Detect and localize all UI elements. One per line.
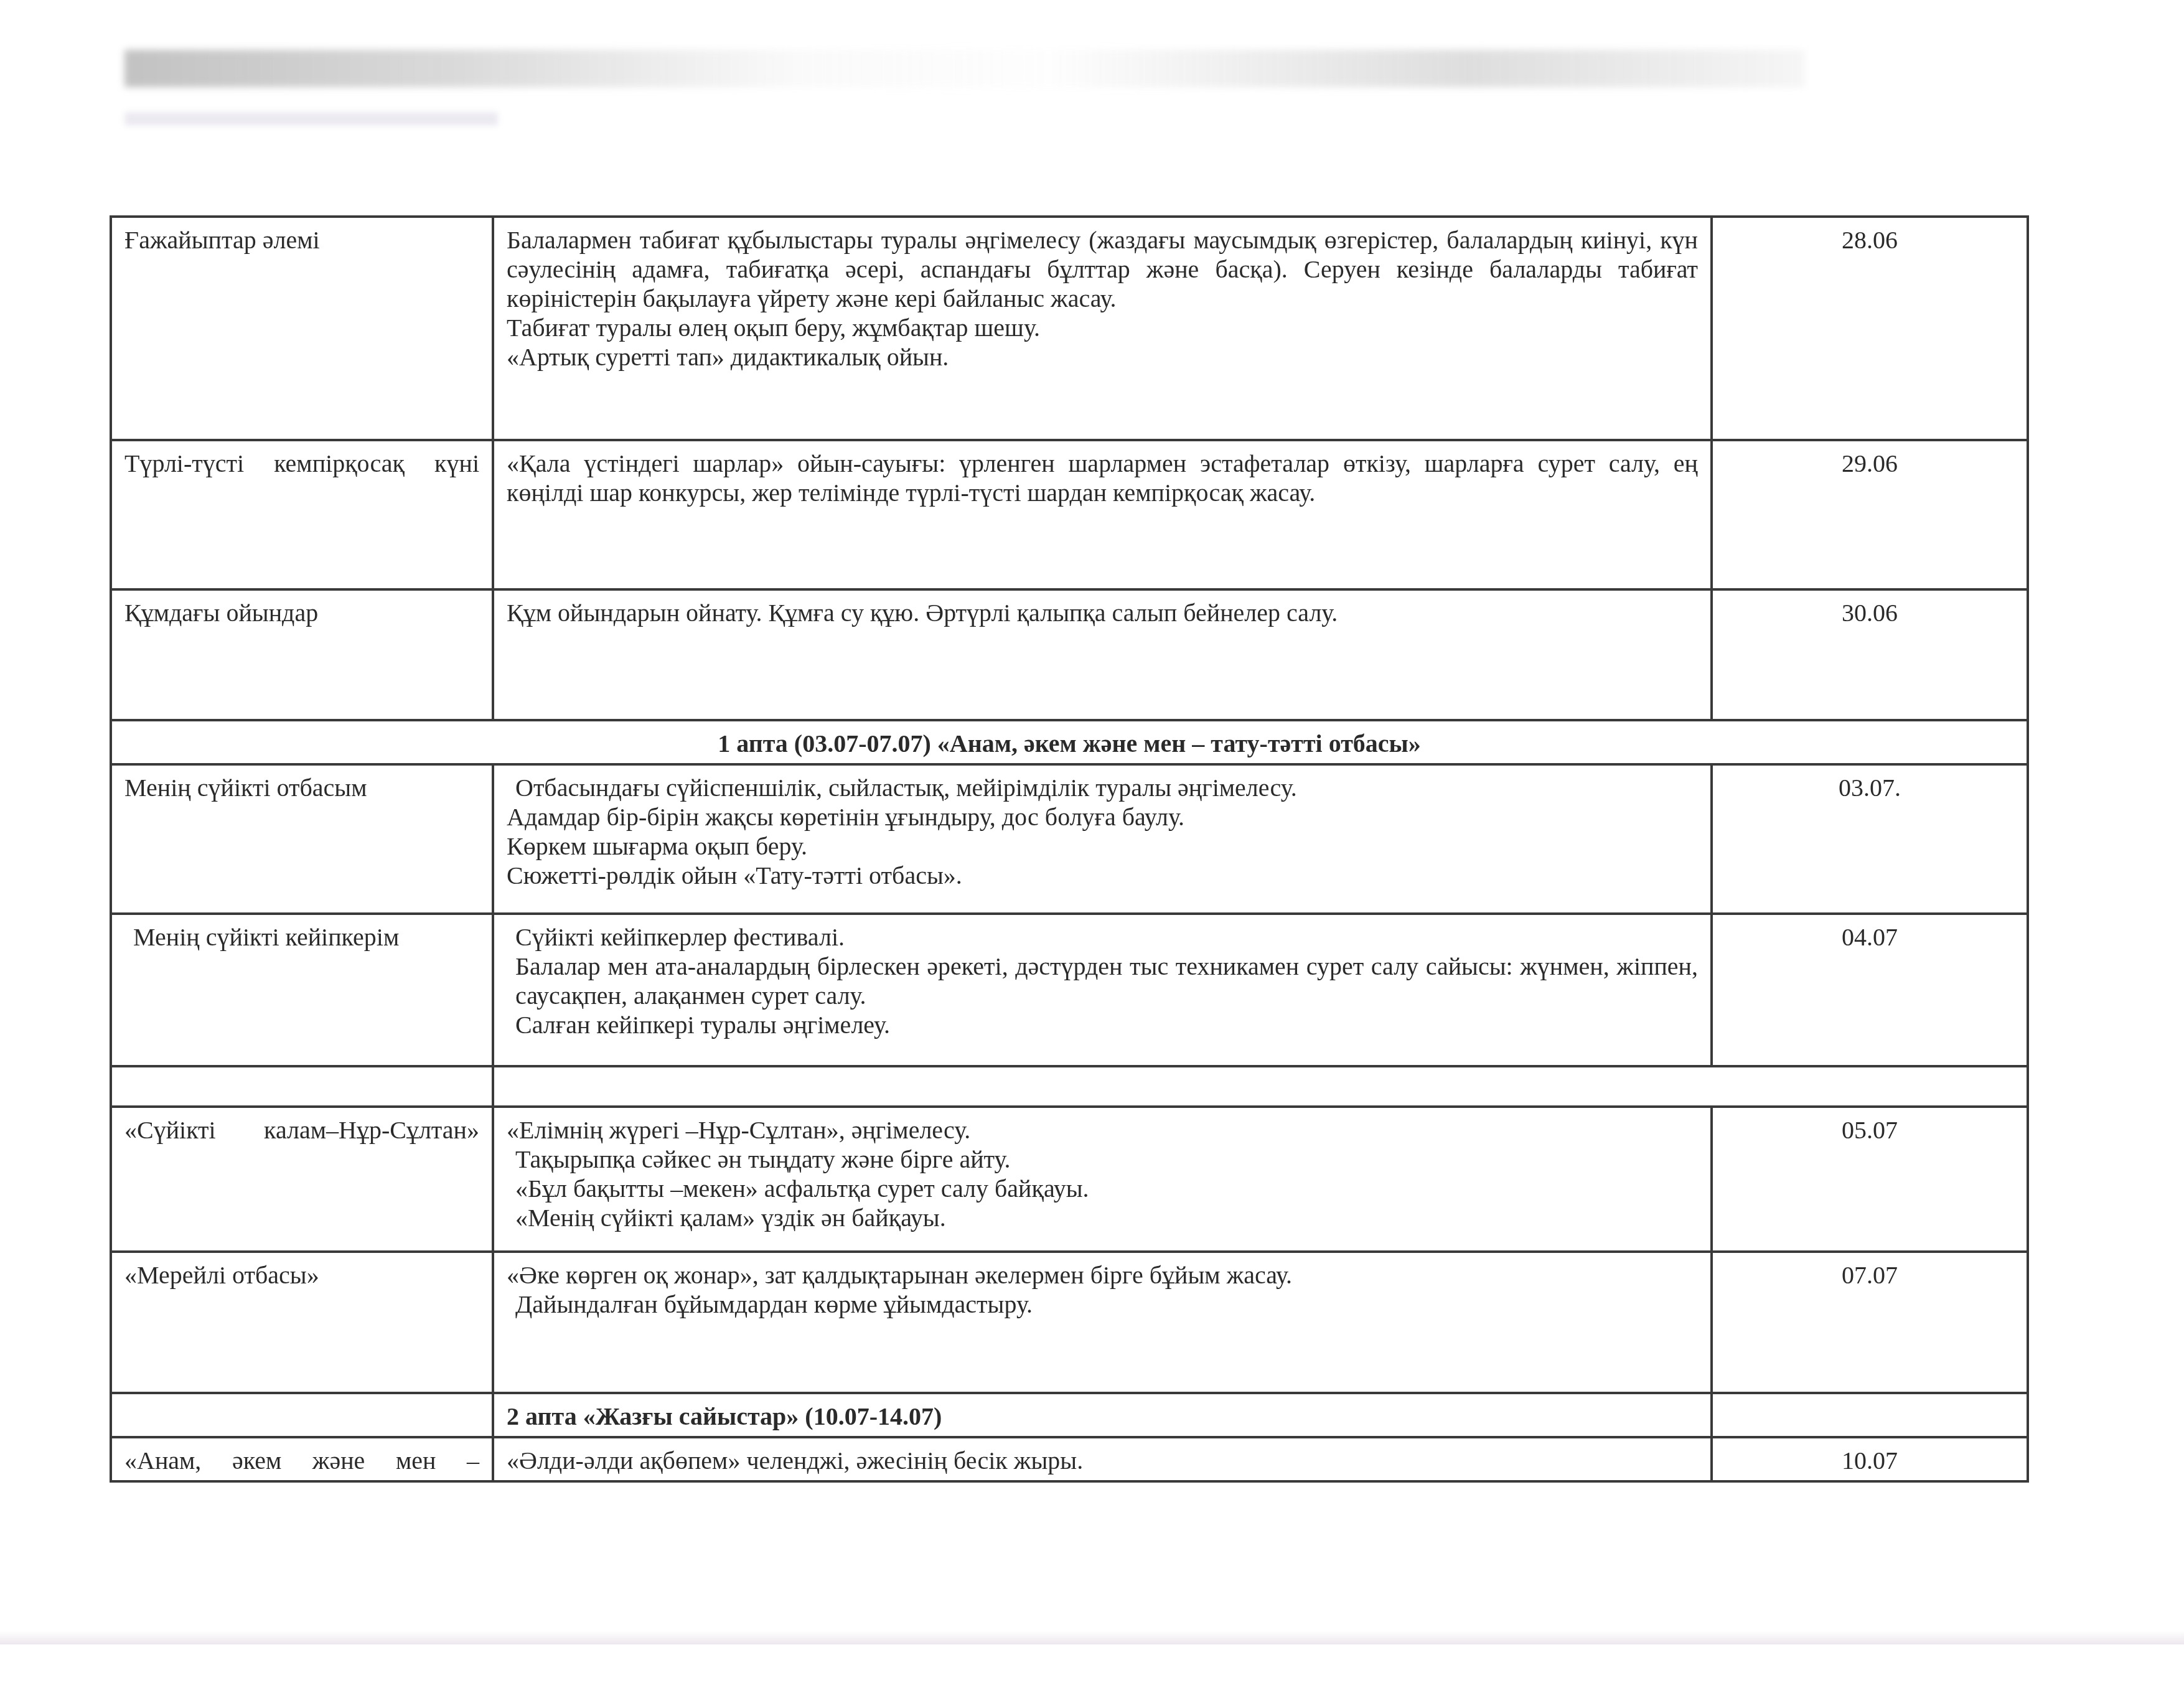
summer-activity-plan-table: Ғажайыптар әлемі Балалармен табиғат құбы… <box>110 215 2029 1483</box>
activity-cell: «Елімнің жүрегі –Нұр-Сұлтан», әңгімелесу… <box>493 1107 1712 1252</box>
week-header-row: 1 апта (03.07-07.07) «Анам, әкем және ме… <box>111 720 2028 764</box>
topic-cell: «Сүйікті калам–Нұр-Сұлтан» <box>111 1107 493 1252</box>
topic-cell: «Анам, әкем және мен – <box>111 1437 493 1481</box>
activity-line: Балалармен табиғат құбылыстары туралы әң… <box>507 225 1698 313</box>
table-row: Құмдағы ойындар Құм ойындарын ойнату. Құ… <box>111 589 2028 720</box>
week-header-row: 2 апта «Жазғы сайыстар» (10.07-14.07) <box>111 1393 2028 1437</box>
scan-artifact-header <box>124 50 1805 87</box>
activity-cell: Құм ойындарын ойнату. Құмға су құю. Әртү… <box>493 589 1712 720</box>
activity-line: Адамдар бір-бірін жақсы көретінін ұғынды… <box>507 802 1698 832</box>
activity-cell: «Әке көрген оқ жонар», зат қалдықтарынан… <box>493 1252 1712 1393</box>
topic-cell: Құмдағы ойындар <box>111 589 493 720</box>
activity-line: Табиғат туралы өлең оқып беру, жұмбақтар… <box>507 313 1698 342</box>
topic-cell: Түрлі-түсті кемпірқосақ күні <box>111 440 493 589</box>
activity-line: Сүйікті кейіпкерлер фестивалі. <box>507 922 1698 952</box>
activity-cell: Балалармен табиғат құбылыстары туралы әң… <box>493 217 1712 440</box>
activity-line: «Бұл бақытты –мекен» асфальтқа сурет сал… <box>507 1174 1698 1203</box>
activity-line: «Әлди-әлди ақбөпем» челенджі, әжесінің б… <box>507 1446 1698 1475</box>
table-row: Ғажайыптар әлемі Балалармен табиғат құбы… <box>111 217 2028 440</box>
table-row: «Мерейлі отбасы» «Әке көрген оқ жонар», … <box>111 1252 2028 1393</box>
date-cell: 10.07 <box>1712 1437 2028 1481</box>
activity-line: «Менің сүйікті қалам» үздік ән байқауы. <box>507 1203 1698 1232</box>
activity-cell: «Әлди-әлди ақбөпем» челенджі, әжесінің б… <box>493 1437 1712 1481</box>
activity-line: «Әке көрген оқ жонар», зат қалдықтарынан… <box>507 1260 1698 1290</box>
activity-line: Дайындалған бұйымдардан көрме ұйымдастыр… <box>507 1290 1698 1319</box>
activity-line: Салған кейіпкері туралы әңгімелеу. <box>507 1010 1698 1039</box>
week-2-title: 2 апта «Жазғы сайыстар» (10.07-14.07) <box>493 1393 1712 1437</box>
activity-line: «Артық суретті тап» дидактикалық ойын. <box>507 342 1698 372</box>
date-cell: 28.06 <box>1712 217 2028 440</box>
empty-cell <box>111 1393 493 1437</box>
empty-cell <box>111 1066 493 1107</box>
date-cell: 30.06 <box>1712 589 2028 720</box>
activity-line: Балалар мен ата-аналардың бірлескен әрек… <box>507 952 1698 1010</box>
date-cell: 05.07 <box>1712 1107 2028 1252</box>
activity-line: Тақырыпқа сәйкес ән тыңдату және бірге а… <box>507 1145 1698 1174</box>
week-1-title: 1 апта (03.07-07.07) «Анам, әкем және ме… <box>111 720 2028 764</box>
table-row: Түрлі-түсті кемпірқосақ күні «Қала үстін… <box>111 440 2028 589</box>
topic-cell: Ғажайыптар әлемі <box>111 217 493 440</box>
activity-cell: Отбасындағы сүйіспеншілік, сыйластық, ме… <box>493 764 1712 914</box>
activity-line: Сюжетті-рөлдік ойын «Тату-тәтті отбасы». <box>507 861 1698 890</box>
table-row: «Сүйікті калам–Нұр-Сұлтан» «Елімнің жүре… <box>111 1107 2028 1252</box>
table-row: Менің сүйікті отбасым Отбасындағы сүйісп… <box>111 764 2028 914</box>
date-cell: 03.07. <box>1712 764 2028 914</box>
activity-line: Құм ойындарын ойнату. Құмға су құю. Әртү… <box>507 598 1698 627</box>
date-cell: 07.07 <box>1712 1252 2028 1393</box>
empty-cell <box>493 1066 2028 1107</box>
scan-artifact-header-secondary <box>124 112 498 126</box>
scan-artifact-bottom-edge <box>0 1631 2184 1644</box>
empty-cell <box>1712 1393 2028 1437</box>
date-cell: 29.06 <box>1712 440 2028 589</box>
date-cell: 04.07 <box>1712 914 2028 1066</box>
activity-line: «Қала үстіндегі шарлар» ойын-сауығы: үрл… <box>507 449 1698 507</box>
activity-line: «Елімнің жүрегі –Нұр-Сұлтан», әңгімелесу… <box>507 1115 1698 1145</box>
activity-cell: «Қала үстіндегі шарлар» ойын-сауығы: үрл… <box>493 440 1712 589</box>
activity-cell: Сүйікті кейіпкерлер фестивалі. Балалар м… <box>493 914 1712 1066</box>
topic-cell: «Мерейлі отбасы» <box>111 1252 493 1393</box>
topic-cell: Менің сүйікті кейіпкерім <box>111 914 493 1066</box>
activity-line: Отбасындағы сүйіспеншілік, сыйластық, ме… <box>507 773 1698 802</box>
table-row: Менің сүйікті кейіпкерім Сүйікті кейіпке… <box>111 914 2028 1066</box>
topic-cell: Менің сүйікті отбасым <box>111 764 493 914</box>
empty-row <box>111 1066 2028 1107</box>
activity-line: Көркем шығарма оқып беру. <box>507 832 1698 861</box>
table-row: «Анам, әкем және мен – «Әлди-әлди ақбөпе… <box>111 1437 2028 1481</box>
